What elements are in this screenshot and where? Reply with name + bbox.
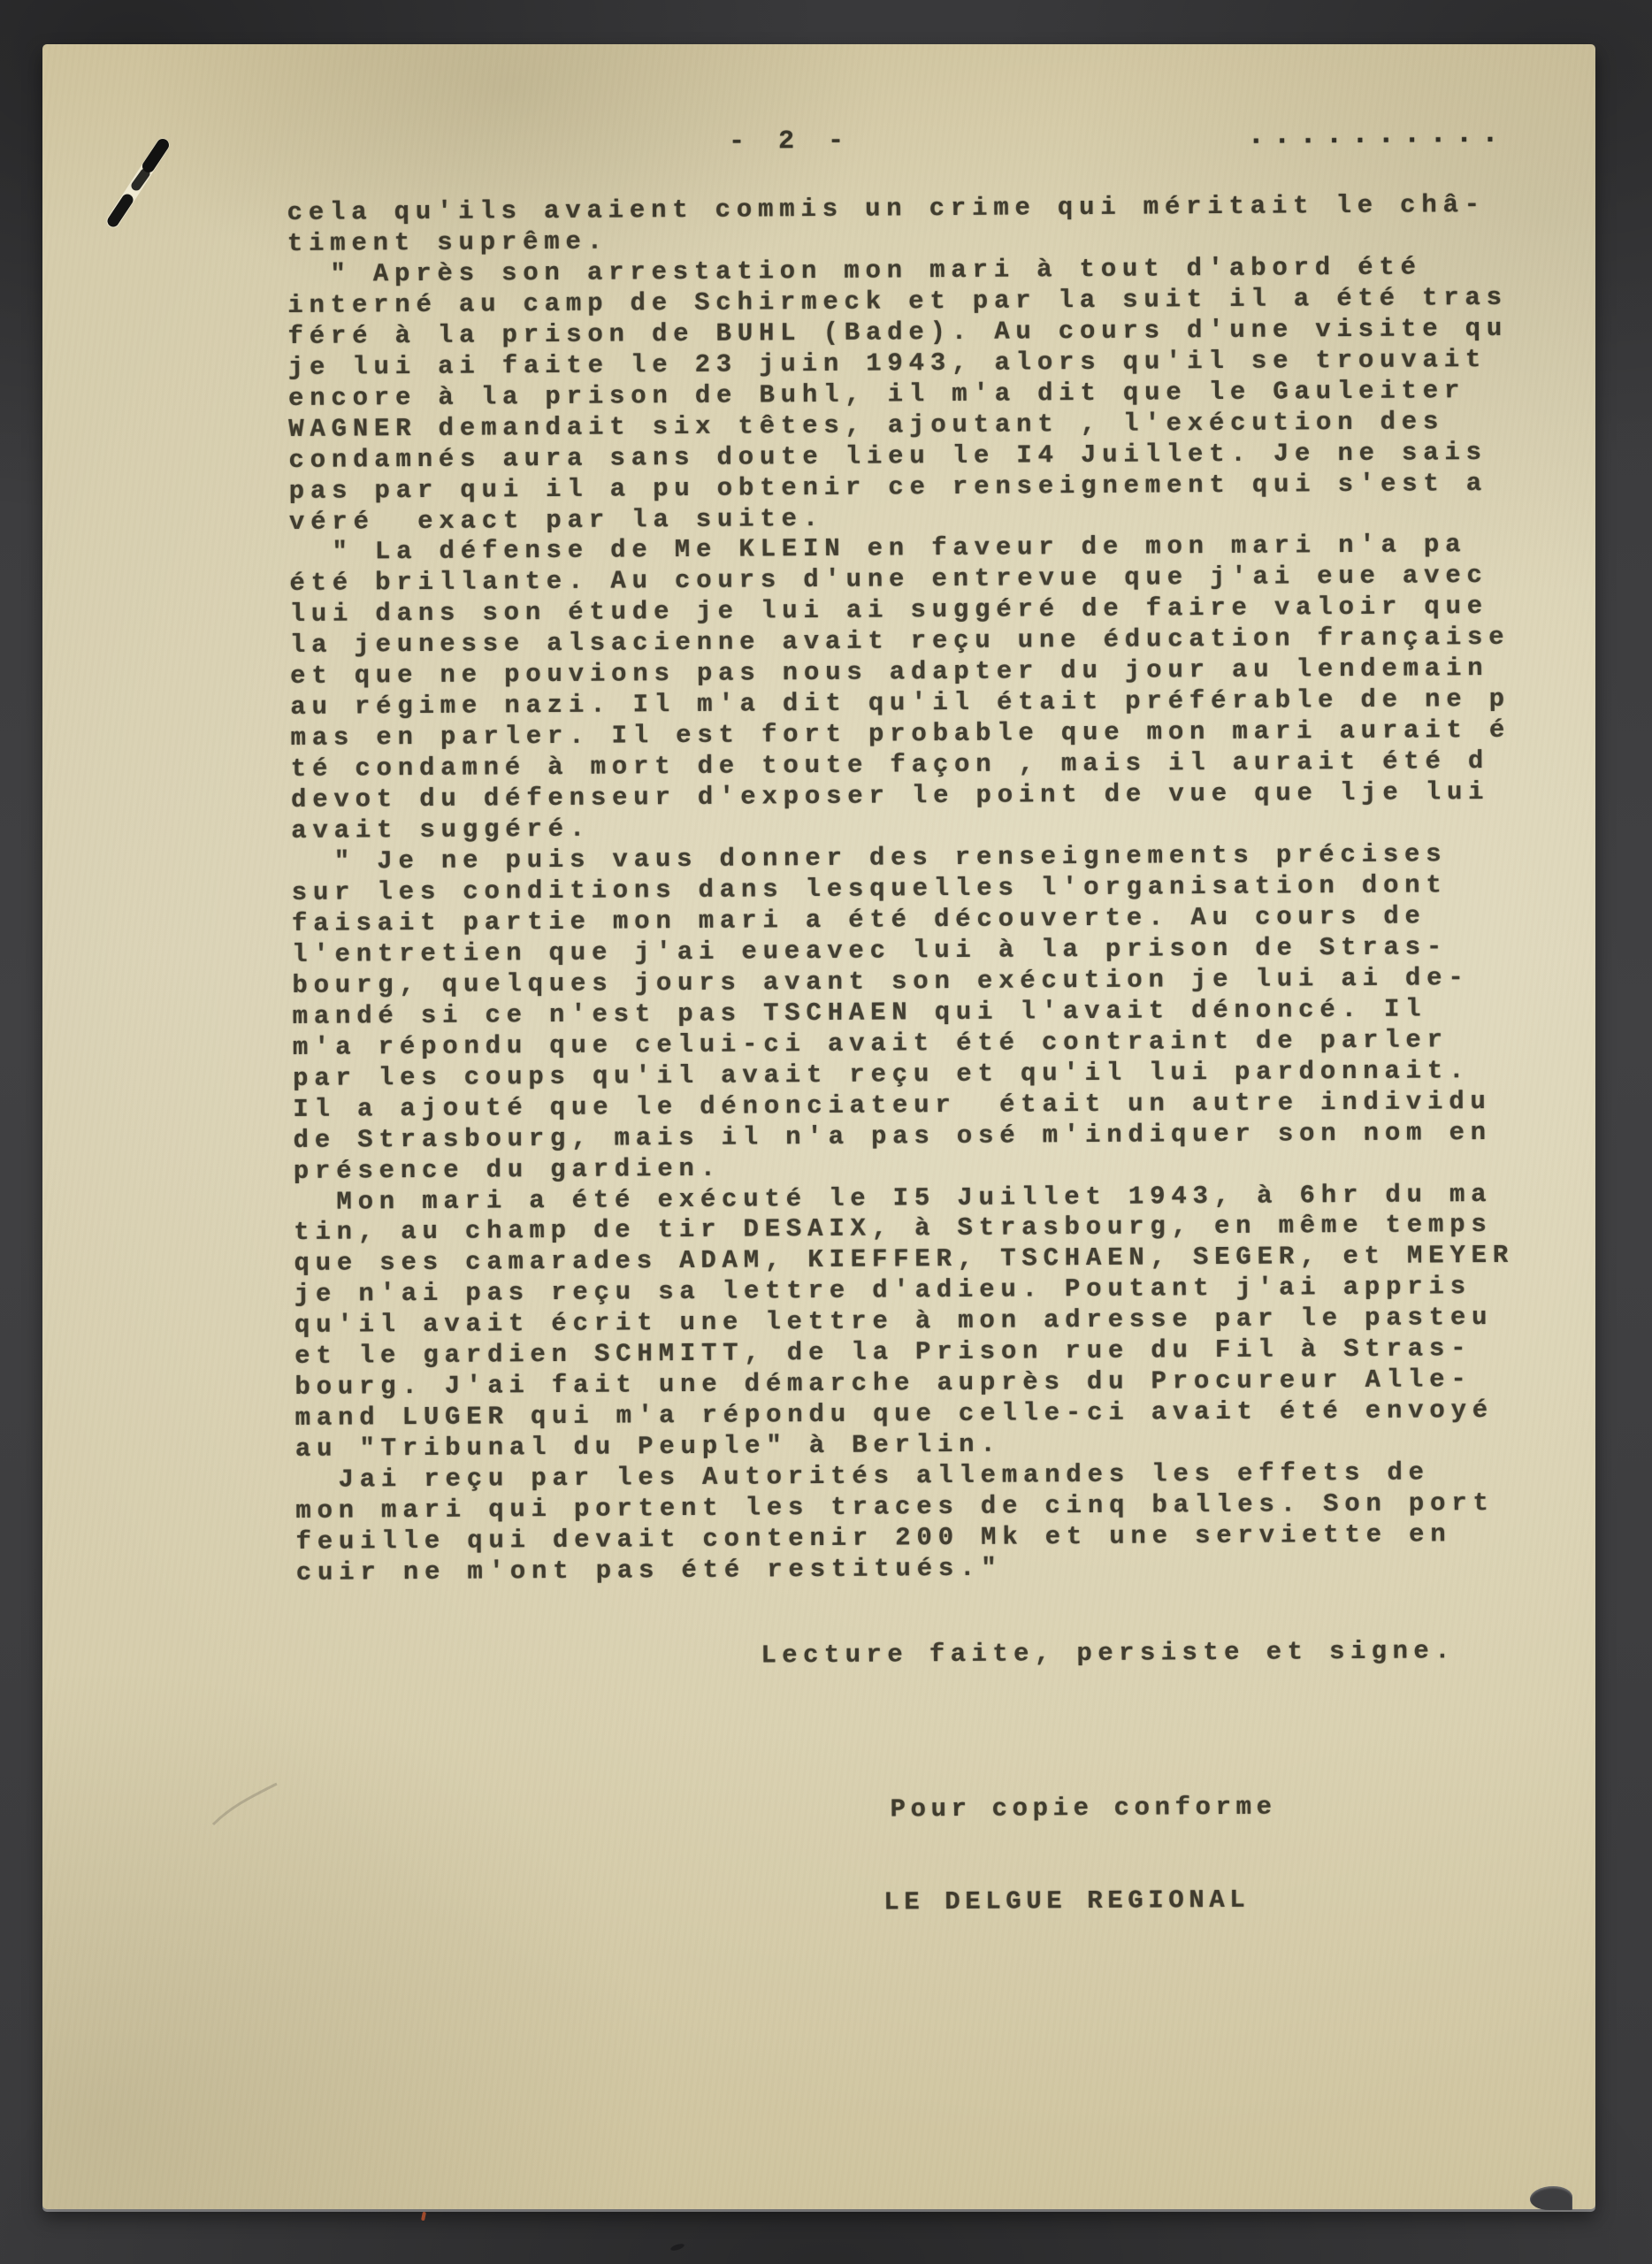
body-text: cela qu'ils avaient commis un crime qui … [287,190,1517,1589]
page-number: - 2 - [729,126,853,157]
torn-corner [1530,2186,1572,2210]
header-dots: .......... [1247,118,1507,153]
red-speck [421,2212,426,2222]
typewritten-content: - 2 - .......... cela qu'ils avaient com… [36,39,1603,2214]
signature-title: LE DELGUE REGIONAL [883,1885,1250,1917]
document-page: - 2 - .......... cela qu'ils avaient com… [42,44,1595,2209]
ink-blob [669,2243,685,2253]
certification-line: Pour copie conforme [890,1793,1276,1824]
closing-statement: Lecture faite, persiste et signe. [761,1636,1456,1670]
scan-background: - 2 - .......... cela qu'ils avaient com… [0,0,1652,2264]
